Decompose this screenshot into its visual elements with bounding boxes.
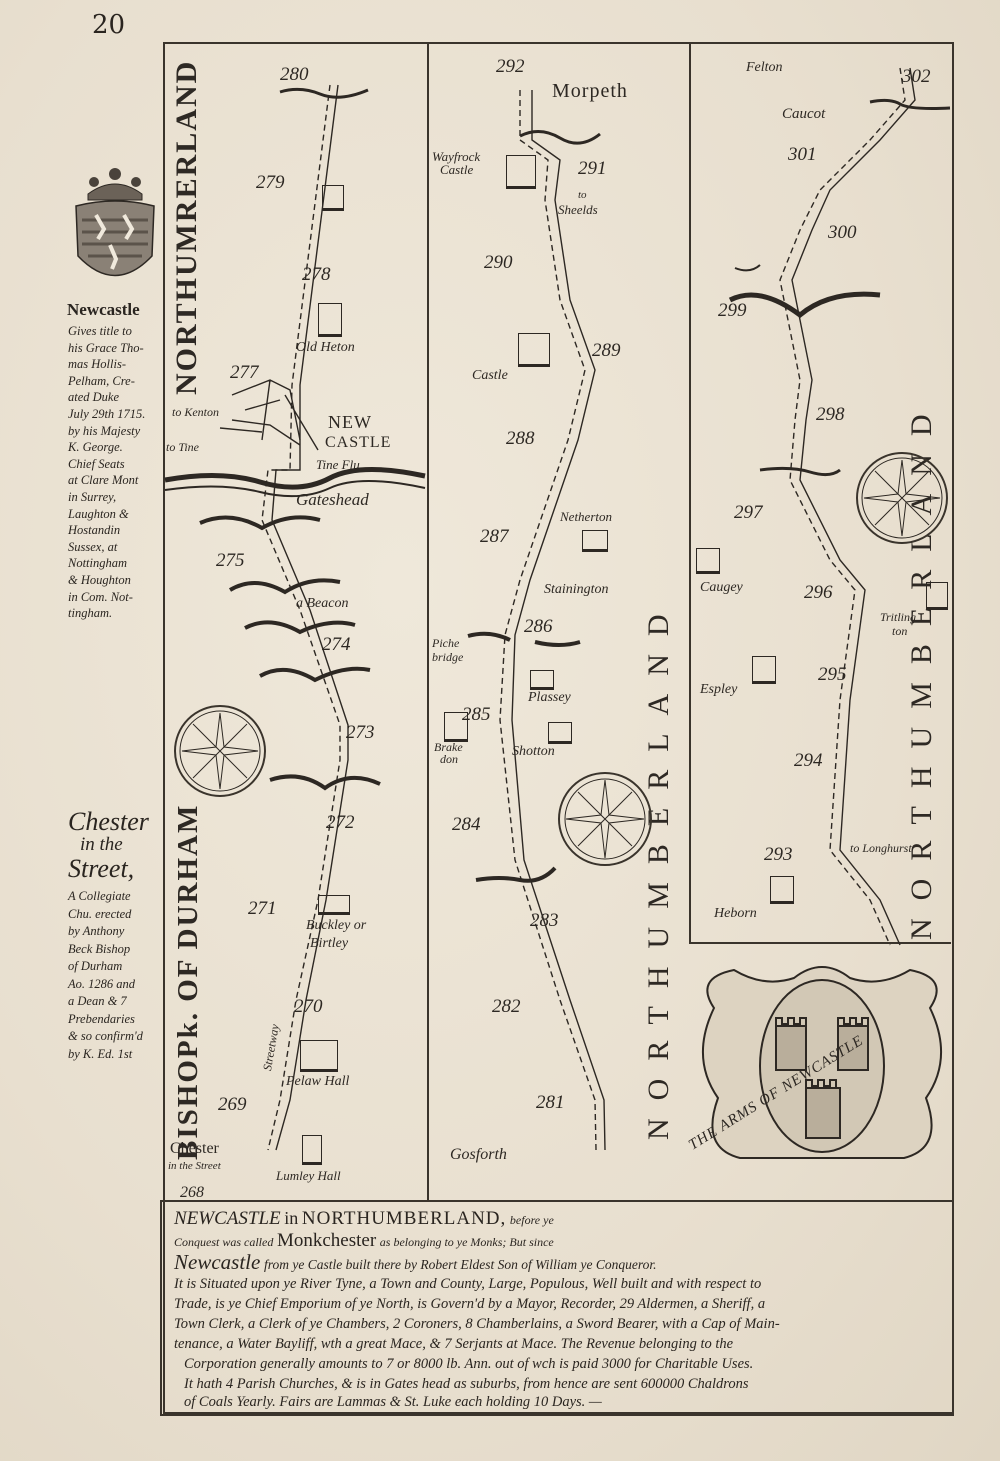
place-pelaw-hall: Pelaw Hall <box>286 1074 349 1090</box>
milestone-295: 295 <box>818 664 847 686</box>
description-heading: NEWCASTLE in NORTHUMBERLAND, before ye <box>174 1208 554 1230</box>
place-heborn: Heborn <box>714 906 757 922</box>
description-line-7: tenance, a Water Bayliff, wth a great Ma… <box>174 1336 733 1353</box>
place-to-longhurst: to Longhurst <box>850 841 912 856</box>
description-line-4: It is Situated upon ye River Tyne, a Tow… <box>174 1276 761 1293</box>
milestone-290: 290 <box>484 252 513 274</box>
text-fragment: as belonging to ye Monks; But since <box>380 1235 554 1249</box>
description-line-9: It hath 4 Parish Churches, & is in Gates… <box>184 1376 749 1393</box>
place-netherton: Netherton <box>560 509 612 525</box>
description-line-6: Town Clerk, a Clerk of ye Chambers, 2 Co… <box>174 1316 780 1333</box>
milestone-289: 289 <box>592 340 621 362</box>
building-icon <box>318 895 350 915</box>
place-gateshead: Gateshead <box>296 490 369 510</box>
place-bridge: Piche <box>432 636 459 651</box>
place-old-heton: Old Heton <box>296 340 355 356</box>
milestone-274: 274 <box>322 634 351 656</box>
building-icon <box>548 722 572 744</box>
milestone-293: 293 <box>764 844 793 866</box>
milestone-270: 270 <box>294 996 323 1018</box>
milestone-294: 294 <box>794 750 823 772</box>
place-brakedon-2: don <box>440 752 458 767</box>
place-shotton: Shotton <box>512 744 555 760</box>
heading-tail: before ye <box>510 1213 554 1227</box>
milestone-277: 277 <box>230 362 259 384</box>
building-icon <box>318 303 342 337</box>
compass-star-icon <box>858 454 946 542</box>
milestone-275: 275 <box>216 550 245 572</box>
place-espley: Espley <box>700 682 737 698</box>
milestone-284: 284 <box>452 814 481 836</box>
milestone-272: 272 <box>326 812 355 834</box>
place-tritlington-2: ton <box>892 624 907 639</box>
description-line-3: Newcastle from ye Castle built there by … <box>174 1250 657 1275</box>
compass-star-icon <box>560 774 650 864</box>
place-gosforth: Gosforth <box>450 1146 507 1164</box>
milestone-288: 288 <box>506 428 535 450</box>
milestone-296: 296 <box>804 582 833 604</box>
place-plessey: Plassey <box>528 690 571 706</box>
church-icon <box>752 656 776 684</box>
compass-rose-icon <box>174 705 266 797</box>
place-lumley-hall: Lumley Hall <box>276 1168 341 1184</box>
milestone-269: 269 <box>218 1094 247 1116</box>
place-tritlington: Tritling <box>880 610 916 625</box>
milestone-301: 301 <box>788 144 817 166</box>
place-in-the-street: in the Street <box>168 1160 221 1172</box>
milestone-302: 302 <box>902 66 931 88</box>
milestone-297: 297 <box>734 502 763 524</box>
place-tine-flu: Tine Flu. <box>316 457 363 473</box>
castle-icon <box>300 1040 338 1072</box>
church-icon <box>926 582 948 610</box>
heading-northumberland: NORTHUMBERLAND, <box>302 1208 506 1229</box>
castle-icon <box>518 333 550 367</box>
church-icon <box>770 876 794 904</box>
building-icon <box>322 185 344 211</box>
church-icon <box>444 712 468 742</box>
county-label-northumberland-2: NORTHUMBERLAND <box>642 596 676 1140</box>
heading-in: in <box>284 1208 298 1228</box>
text-fragment: from ye Castle built there by Robert Eld… <box>264 1257 657 1272</box>
milestone-273: 273 <box>346 722 375 744</box>
milestone-300: 300 <box>828 222 857 244</box>
milestone-292: 292 <box>496 56 525 78</box>
compass-rose-icon <box>558 772 652 866</box>
building-icon <box>530 670 554 690</box>
place-bridge-2: bridge <box>432 650 463 665</box>
compass-rose-icon <box>856 452 948 544</box>
compass-star-icon <box>176 707 264 795</box>
milestone-286: 286 <box>524 616 553 638</box>
building-icon <box>582 530 608 552</box>
place-newcastle-line2: CASTLE <box>325 434 391 452</box>
text-fragment: Conquest was called <box>174 1235 273 1249</box>
milestone-291: 291 <box>578 158 607 180</box>
milestone-271: 271 <box>248 898 277 920</box>
milestone-281: 281 <box>536 1092 565 1114</box>
place-chester: Chester <box>170 1140 219 1158</box>
heading-newcastle: NEWCASTLE <box>174 1208 281 1229</box>
place-birtley: Birtley <box>310 936 348 952</box>
place-caucot: Caucot <box>782 106 825 123</box>
castle-icon <box>506 155 536 189</box>
milestone-299: 299 <box>718 300 747 322</box>
milestone-298: 298 <box>816 404 845 426</box>
place-to-kenton: to Kenton <box>172 405 219 420</box>
county-label-northumberland: NORTHUMRERLAND <box>170 60 204 395</box>
building-icon <box>696 548 720 574</box>
place-caugey: Caugey <box>700 580 743 596</box>
description-line-2: Conquest was called Monkchester as belon… <box>174 1230 554 1252</box>
milestone-280: 280 <box>280 64 309 86</box>
monkchester: Monkchester <box>277 1230 376 1251</box>
milestone-278: 278 <box>302 264 331 286</box>
place-widdrington-castle-2: Castle <box>440 162 473 178</box>
place-felton: Felton <box>746 60 783 76</box>
place-castle: Castle <box>472 368 508 384</box>
place-to-shields: to <box>578 189 587 201</box>
place-buckley: Buckley or <box>306 918 366 934</box>
place-newcastle-line1: NEW <box>328 412 372 433</box>
place-beacon: a Beacon <box>296 596 348 612</box>
description-line-5: Trade, is ye Chief Emporium of ye North,… <box>174 1296 765 1313</box>
county-label-bishopric-durham: BISHOPk. OF DURHAM <box>172 804 205 1160</box>
description-line-8: Corporation generally amounts to 7 or 80… <box>184 1356 753 1373</box>
church-icon <box>302 1135 322 1165</box>
newcastle-name: Newcastle <box>174 1250 260 1274</box>
milestone-287: 287 <box>480 526 509 548</box>
place-to-tine: to Tine <box>166 440 199 455</box>
place-shields: Sheelds <box>558 202 598 218</box>
milestone-283: 283 <box>530 910 559 932</box>
description-line-10: of Coals Yearly. Fairs are Lammas & St. … <box>184 1394 602 1411</box>
milestone-279: 279 <box>256 172 285 194</box>
milestone-282: 282 <box>492 996 521 1018</box>
place-morpeth: Morpeth <box>552 80 628 103</box>
place-stainington: Stainington <box>544 582 609 598</box>
newcastle-description-panel: NEWCASTLE in NORTHUMBERLAND, before ye C… <box>160 1200 954 1416</box>
